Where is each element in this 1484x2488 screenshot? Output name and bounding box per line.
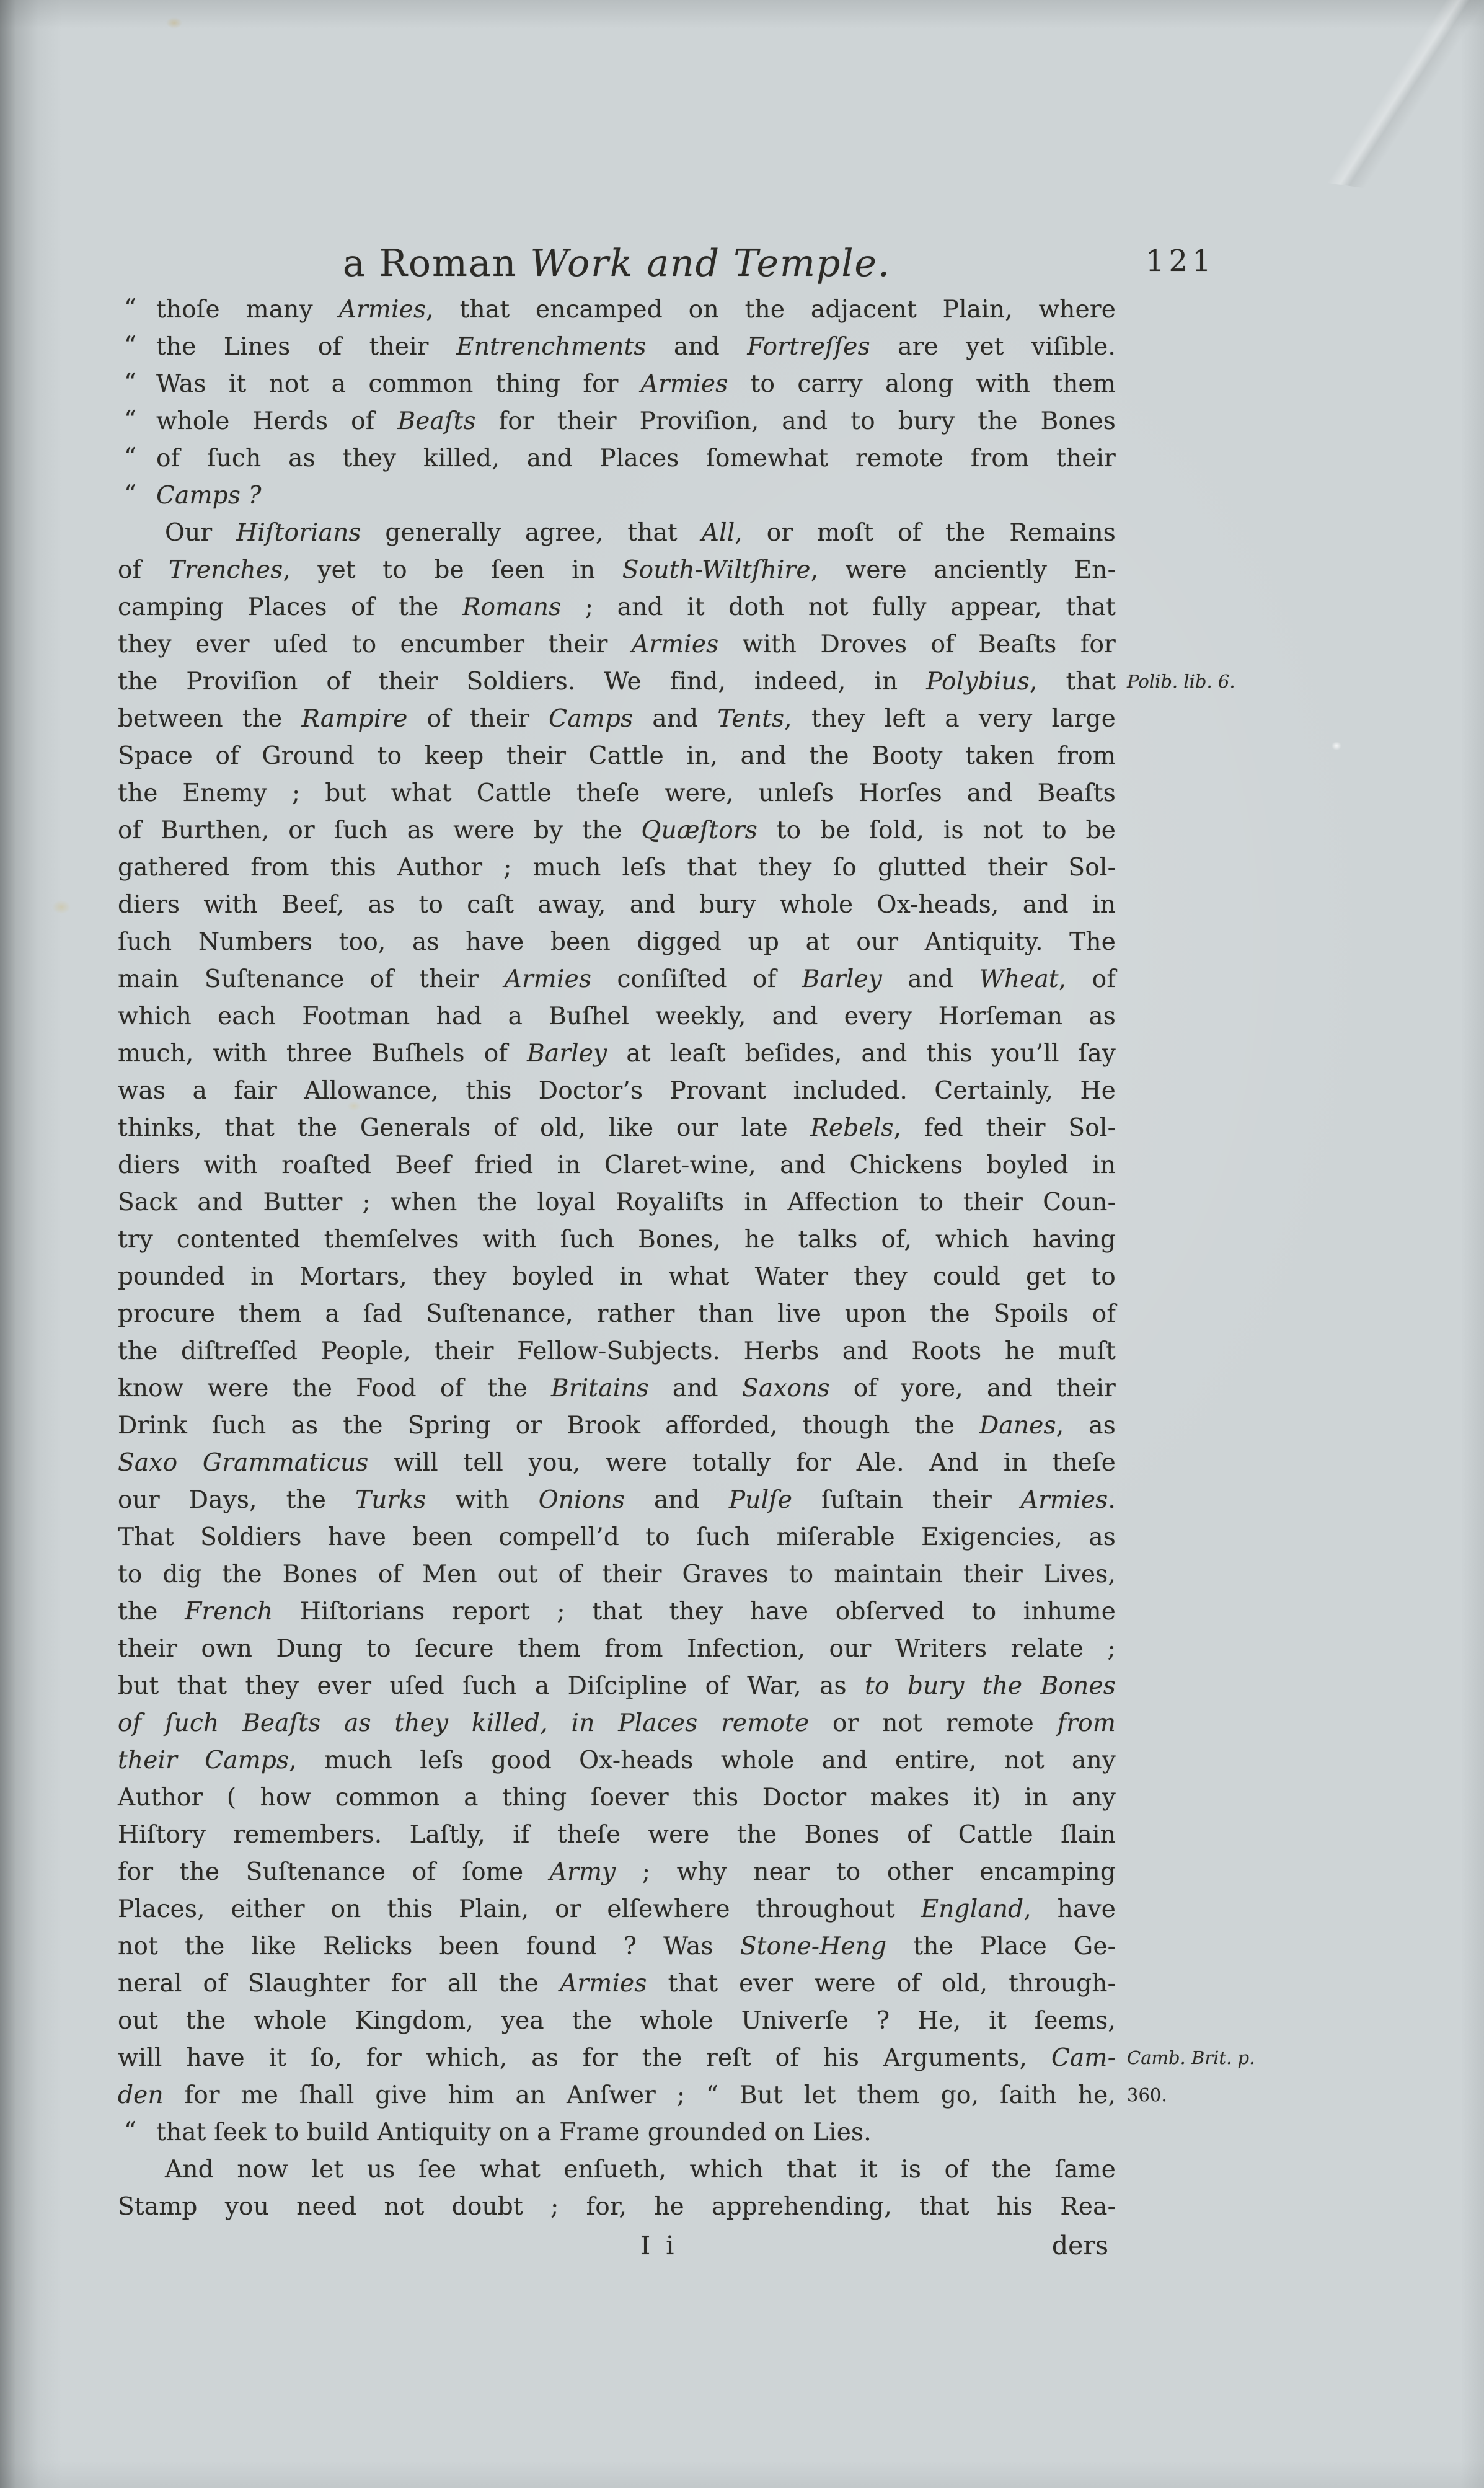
text-segment: , yet to be ſeen in	[283, 556, 622, 584]
text-segment: and	[649, 1375, 742, 1402]
italic-text: Romans	[462, 593, 561, 621]
text-segment: , or moſt of the Remains	[735, 519, 1116, 547]
italic-text: Rebels	[810, 1114, 893, 1142]
margin-note: 360.	[1127, 2084, 1313, 2105]
margin-note: Polib. lib. 6.	[1127, 671, 1313, 692]
text-block: “thoſe many Armies, that encamped on the…	[118, 291, 1116, 2226]
italic-text: England	[921, 1895, 1024, 1923]
running-title: a Roman Work and Temple.	[118, 244, 1116, 283]
italic-text: of ſuch Beaſts as they killed, in Places…	[118, 1709, 809, 1737]
text-line: “whole Herds of Beaſts for their Proviſi…	[118, 403, 1116, 440]
italic-text: Armies	[641, 370, 728, 398]
text-line: Drink ſuch as the Spring or Brook afford…	[118, 1407, 1116, 1445]
text-segment: the	[118, 1598, 185, 1626]
text-segment: but that they ever uſed ſuch a Diſciplin…	[118, 1672, 865, 1700]
text-segment: , that encamped on the adjacent Plain, w…	[426, 296, 1116, 324]
quote-mark: “	[124, 402, 136, 439]
text-segment: Sack and Butter ; when the loyal Royaliſ…	[118, 1189, 1116, 1216]
text-segment: to be ſold, is not to be	[757, 817, 1116, 844]
text-segment: try contented themſelves with ſuch Bones…	[118, 1226, 1116, 1254]
text-segment: will have it ſo, for which, as for the r…	[118, 2044, 1051, 2072]
text-segment: or not remote	[809, 1709, 1057, 1737]
italic-text: Armies	[505, 965, 592, 993]
paper-stain	[52, 900, 71, 914]
italic-text: Danes	[979, 1412, 1056, 1440]
text-segment: Places, either on this Plain, or elſewhe…	[118, 1895, 921, 1923]
italic-text: Rampire	[301, 705, 407, 733]
text-line: gathered from this Author ; much leſs th…	[118, 849, 1116, 887]
text-segment: , that	[1030, 668, 1116, 696]
text-segment: of Burthen, or ſuch as were by the	[118, 817, 641, 844]
italic-text: Quæſtors	[641, 817, 757, 844]
text-segment: of	[118, 556, 169, 584]
italic-text: Hiſtorians	[236, 519, 361, 547]
text-line: “that ſeek to build Antiquity on a Frame…	[118, 2114, 1116, 2151]
text-segment: generally agree, that	[361, 519, 702, 547]
text-segment: the Proviſion of their Soldiers. We find…	[118, 668, 926, 696]
text-segment: of their	[408, 705, 549, 733]
text-segment: Our	[165, 519, 236, 547]
text-line: their Camps, much leſs good Ox-heads who…	[118, 1742, 1116, 1779]
text-segment: out the whole Kingdom, yea the whole Uni…	[118, 2007, 1116, 2035]
text-segment: procure them a ſad Suſtenance, rather th…	[118, 1300, 1116, 1328]
italic-text: den	[118, 2081, 164, 2109]
italic-text: from	[1058, 1709, 1116, 1737]
text-segment: , they left a very large	[784, 705, 1116, 733]
text-line: but that they ever uſed ſuch a Diſciplin…	[118, 1668, 1116, 1705]
text-segment: for their Proviſion, and to bury the Bon…	[476, 407, 1116, 435]
quote-mark: “	[124, 327, 136, 365]
text-segment: .	[1108, 1486, 1116, 1514]
text-segment: thinks, that the Generals of old, like o…	[118, 1114, 810, 1142]
text-segment: for the Suſtenance of ſome	[118, 1858, 550, 1886]
running-title-italic: Work and Temple.	[530, 242, 891, 285]
text-segment: , of	[1059, 965, 1116, 993]
text-segment: they ever uſed to encumber their	[118, 631, 632, 658]
text-line: will have it ſo, for which, as for the r…	[118, 2040, 1116, 2077]
footer-line: I i ders	[118, 2227, 1116, 2264]
italic-text: to bury the Bones	[865, 1672, 1116, 1700]
italic-text: Entrenchments	[456, 333, 647, 361]
text-line: the Proviſion of their Soldiers. We find…	[118, 663, 1116, 701]
text-segment: That Soldiers have been compell’d to ſuc…	[118, 1523, 1116, 1551]
book-page: a Roman Work and Temple. 121 “thoſe many…	[0, 0, 1484, 2488]
text-segment: pounded in Mortars, they boyled in what …	[118, 1263, 1116, 1291]
text-segment: ſuch Numbers too, as have been digged up…	[118, 928, 1116, 956]
text-segment: know were the Food of the	[118, 1375, 551, 1402]
text-line: Saxo Grammaticus will tell you, were tot…	[118, 1445, 1116, 1482]
italic-text: Camps	[549, 705, 633, 733]
text-line: not the like Relicks been found ? Was St…	[118, 1928, 1116, 1965]
text-line: diers with Beef, as to caſt away, and bu…	[118, 887, 1116, 924]
text-line: “thoſe many Armies, that encamped on the…	[118, 291, 1116, 329]
text-line: camping Places of the Romans ; and it do…	[118, 589, 1116, 626]
text-line: the diſtreſſed People, their Fellow-Subj…	[118, 1333, 1116, 1370]
text-line: for the Suſtenance of ſome Army ; why ne…	[118, 1854, 1116, 1891]
text-segment: , were anciently En-	[811, 556, 1116, 584]
text-line: try contented themſelves with ſuch Bones…	[118, 1221, 1116, 1259]
text-segment: to carry along with them	[728, 370, 1116, 398]
text-segment: conſiſted of	[591, 965, 802, 993]
text-line: “Camps ?	[118, 477, 1116, 515]
text-segment: with	[426, 1486, 538, 1514]
text-segment: for me ſhall give him an Anſwer ; “ But …	[164, 2081, 1116, 2109]
text-segment: to dig the Bones of Men out of their Gra…	[118, 1561, 1116, 1588]
text-line: “of ſuch as they killed, and Places ſome…	[118, 440, 1116, 477]
text-segment: diers with Beef, as to caſt away, and bu…	[118, 891, 1116, 919]
text-segment: that ſeek to build Antiquity on a Frame …	[156, 2118, 872, 2146]
text-line: main Suſtenance of their Armies conſiſte…	[118, 961, 1116, 998]
text-line: That Soldiers have been compell’d to ſuc…	[118, 1519, 1116, 1556]
text-line: Author ( how common a thing ſoever this …	[118, 1779, 1116, 1817]
text-segment: their own Dung to ſecure them from Infec…	[118, 1635, 1116, 1663]
text-line: Stamp you need not doubt ; for, he appre…	[118, 2189, 1116, 2226]
text-segment: much, with three Buſhels of	[118, 1040, 527, 1068]
text-line: Space of Ground to keep their Cattle in,…	[118, 738, 1116, 775]
text-line: of ſuch Beaſts as they killed, in Places…	[118, 1705, 1116, 1742]
text-segment: ſuſtain their	[792, 1486, 1021, 1514]
text-segment: our Days, the	[118, 1486, 355, 1514]
text-line: “the Lines of their Entrenchments and Fo…	[118, 329, 1116, 366]
text-segment: gathered from this Author ; much leſs th…	[118, 854, 1116, 882]
italic-text: Onions	[539, 1486, 625, 1514]
quote-mark: “	[124, 290, 136, 327]
margin-note: Camb. Brit. p.	[1127, 2047, 1313, 2068]
text-segment: was a fair Allowance, this Doctor’s Prov…	[118, 1077, 1116, 1105]
quote-mark: “	[124, 476, 136, 513]
italic-text: Armies	[1021, 1486, 1108, 1514]
quote-mark: “	[124, 2113, 136, 2150]
text-segment: thoſe many	[156, 296, 339, 324]
text-segment: neral of Slaughter for all the	[118, 1970, 560, 1998]
catchword: ders	[1052, 2227, 1108, 2264]
text-segment: that ever were of old, through-	[647, 1970, 1116, 1998]
text-line: thinks, that the Generals of old, like o…	[118, 1110, 1116, 1147]
text-line: “Was it not a common thing for Armies to…	[118, 366, 1116, 403]
text-segment: with Droves of Beaſts for	[718, 631, 1116, 658]
italic-text: Army	[550, 1858, 616, 1886]
text-segment: at leaſt beſides, and this you’ll ſay	[607, 1040, 1116, 1068]
text-line: out the whole Kingdom, yea the whole Uni…	[118, 2003, 1116, 2040]
italic-text: Armies	[339, 296, 426, 324]
text-segment: Was it not a common thing for	[156, 370, 641, 398]
text-line: much, with three Buſhels of Barley at le…	[118, 1035, 1116, 1073]
paper-crease	[1276, 0, 1484, 206]
text-segment: Hiſtorians report ; that they have obſer…	[273, 1598, 1116, 1626]
text-segment: of ſuch as they killed, and Places ſomew…	[156, 445, 1116, 472]
italic-text: Barley	[527, 1040, 607, 1068]
text-segment: ; and it doth not fully appear, that	[561, 593, 1116, 621]
italic-text: South-Wiltſhire	[622, 556, 811, 584]
paper-stain	[166, 17, 182, 29]
text-line: Hiſtory remembers. Laſtly, if theſe were…	[118, 1817, 1116, 1854]
text-line: their own Dung to ſecure them from Infec…	[118, 1631, 1116, 1668]
text-segment: Space of Ground to keep their Cattle in,…	[118, 742, 1116, 770]
italic-text: Pulſe	[729, 1486, 792, 1514]
italic-text: Saxo Grammaticus	[118, 1449, 369, 1477]
italic-text: Tents	[717, 705, 784, 733]
italic-text: Camps ?	[156, 482, 262, 510]
text-line: the French Hiſtorians report ; that they…	[118, 1593, 1116, 1631]
text-line: procure them a ſad Suſtenance, rather th…	[118, 1296, 1116, 1333]
text-line: And now let us ſee what enſueth, which t…	[118, 2151, 1116, 2189]
text-line: the Enemy ; but what Cattle theſe were, …	[118, 775, 1116, 812]
text-segment: ; why near to other encamping	[616, 1858, 1116, 1886]
text-segment: of yore, and their	[830, 1375, 1116, 1402]
text-line: which each Footman had a Buſhel weekly, …	[118, 998, 1116, 1035]
text-segment: the Place Ge-	[886, 1932, 1116, 1960]
text-segment: are yet viſible.	[870, 333, 1116, 361]
text-line: ſuch Numbers too, as have been digged up…	[118, 924, 1116, 961]
text-segment: the Enemy ; but what Cattle theſe were, …	[118, 779, 1116, 807]
text-segment: Drink ſuch as the Spring or Brook afford…	[118, 1412, 979, 1440]
text-segment: And now let us ſee what enſueth, which t…	[165, 2156, 1116, 2184]
italic-text: Beaſts	[397, 407, 475, 435]
text-line: Sack and Butter ; when the loyal Royaliſ…	[118, 1184, 1116, 1221]
text-line: pounded in Mortars, they boyled in what …	[118, 1259, 1116, 1296]
italic-text: All	[702, 519, 735, 547]
quote-mark: “	[124, 365, 136, 402]
text-segment: the diſtreſſed People, their Fellow-Subj…	[118, 1337, 1116, 1365]
text-line: neral of Slaughter for all the Armies th…	[118, 1965, 1116, 2003]
italic-text: Britains	[551, 1375, 649, 1402]
text-line: know were the Food of the Britains and S…	[118, 1370, 1116, 1407]
text-line: of Burthen, or ſuch as were by the Quæſt…	[118, 812, 1116, 849]
text-segment: which each Footman had a Buſhel weekly, …	[118, 1003, 1116, 1030]
text-line: they ever uſed to encumber their Armies …	[118, 626, 1116, 663]
text-line: of Trenches, yet to be ſeen in South-Wil…	[118, 552, 1116, 589]
text-segment: and	[625, 1486, 729, 1514]
text-segment: , as	[1056, 1412, 1116, 1440]
italic-text: Turks	[355, 1486, 426, 1514]
text-line: Our Hiſtorians generally agree, that All…	[118, 515, 1116, 552]
text-segment: between the	[118, 705, 301, 733]
text-segment: Hiſtory remembers. Laſtly, if theſe were…	[118, 1821, 1116, 1849]
text-segment: diers with roaſted Beef fried in Claret-…	[118, 1151, 1116, 1179]
page-number: 121	[1146, 242, 1216, 280]
text-segment: camping Places of the	[118, 593, 462, 621]
italic-text: Cam-	[1051, 2044, 1116, 2072]
text-line: den for me ſhall give him an Anſwer ; “ …	[118, 2077, 1116, 2114]
running-title-roman: a Roman	[343, 242, 531, 285]
italic-text: Barley	[802, 965, 882, 993]
italic-text: Saxons	[742, 1375, 830, 1402]
text-segment: Author ( how common a thing ſoever this …	[118, 1784, 1116, 1812]
italic-text: Polybius	[926, 668, 1030, 696]
italic-text: their Camps	[118, 1746, 289, 1774]
text-segment: , fed their Sol-	[894, 1114, 1116, 1142]
text-line: diers with roaſted Beef fried in Claret-…	[118, 1147, 1116, 1184]
italic-text: French	[185, 1598, 273, 1626]
text-segment: whole Herds of	[156, 407, 397, 435]
text-segment: the Lines of their	[156, 333, 456, 361]
text-segment: and	[647, 333, 748, 361]
signature-mark: I i	[640, 2227, 678, 2264]
text-line: to dig the Bones of Men out of their Gra…	[118, 1556, 1116, 1593]
text-line: between the Rampire of their Camps and T…	[118, 701, 1116, 738]
quote-mark: “	[124, 439, 136, 476]
text-line: our Days, the Turks with Onions and Pulſ…	[118, 1482, 1116, 1519]
italic-text: Wheat	[979, 965, 1059, 993]
italic-text: Armies	[560, 1970, 647, 1998]
text-segment: and	[633, 705, 717, 733]
italic-text: Fortreſſes	[747, 333, 870, 361]
text-segment: not the like Relicks been found ? Was	[118, 1932, 740, 1960]
italic-text: Stone-Heng	[740, 1932, 886, 1960]
text-line: was a fair Allowance, this Doctor’s Prov…	[118, 1073, 1116, 1110]
italic-text: Armies	[632, 631, 719, 658]
text-segment: and	[882, 965, 979, 993]
text-segment: , have	[1023, 1895, 1116, 1923]
text-segment: Stamp you need not doubt ; for, he appre…	[118, 2193, 1116, 2221]
paper-stain	[1332, 742, 1341, 750]
text-line: Places, either on this Plain, or elſewhe…	[118, 1891, 1116, 1928]
text-segment: will tell you, were totally for Ale. And…	[369, 1449, 1116, 1477]
text-segment: , much leſs good Ox-heads whole and enti…	[289, 1746, 1116, 1774]
italic-text: Trenches	[169, 556, 283, 584]
text-segment: main Suſtenance of their	[118, 965, 505, 993]
